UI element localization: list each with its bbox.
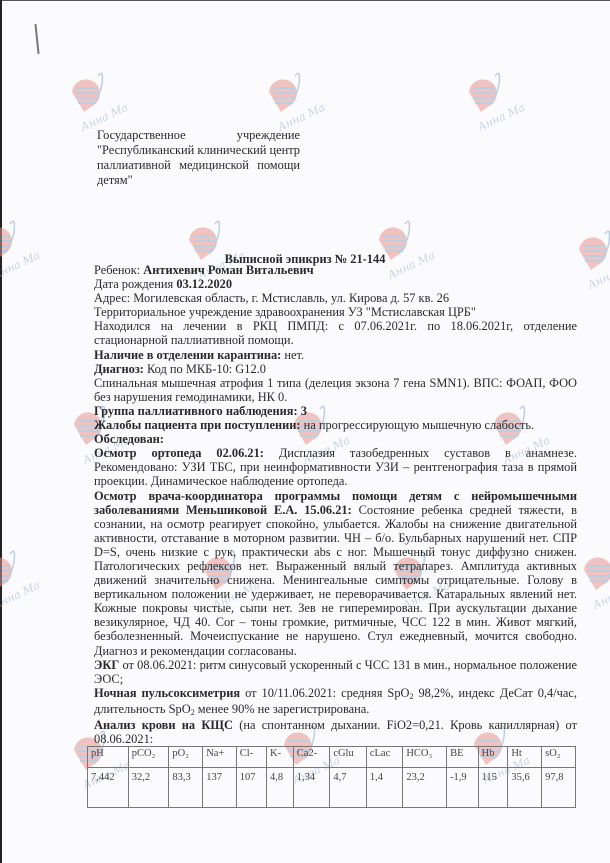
table-header-cell: cLac [366, 747, 403, 768]
blood-gas-line: Анализ крови на КЩС (на спонтанном дыхан… [94, 718, 577, 746]
table-cell: 97,8 [542, 768, 576, 808]
examined-heading: Обследован: [94, 432, 577, 446]
org-line1-left: Государственное [97, 128, 186, 143]
table-cell: 107 [236, 768, 266, 808]
table-header-cell: K- [267, 747, 294, 768]
subscript: 2 [191, 708, 195, 717]
table-header-cell: BE [447, 747, 478, 768]
territorial-line: Территориальное учреждение здравоохранен… [94, 305, 577, 319]
table-header-cell: pO₂ [169, 747, 203, 768]
table-header-cell: cGlu [330, 747, 367, 768]
table-header-cell: pH [88, 747, 129, 768]
svg-text:Анна Мария: Анна Мария [475, 92, 525, 132]
oximetry-text: менее 90% не зарегистрирована. [195, 702, 370, 716]
svg-text:Анна Мария: Анна Мария [275, 92, 325, 132]
ortho-exam: Осмотр ортопеда 02.06.21: Дисплазия тазо… [94, 446, 577, 488]
diagnosis-code: Код по МКБ-10: G12.0 [144, 362, 266, 376]
table-header-cell: sO₂ [542, 747, 576, 768]
quarantine-line: Наличие в отделении карантина: нет. [94, 348, 577, 362]
table-header-cell: Na+ [203, 747, 237, 768]
palliative-group: Группа паллиативного наблюдения: 3 [94, 404, 577, 418]
dob-value: 03.12.2020 [176, 277, 232, 291]
blood-gas-label: Анализ крови на КЩС [94, 718, 233, 732]
document-body: Ребенок: Антихевич Роман Витальевич Дата… [94, 263, 577, 746]
watermark-logo: Анна Мария [0, 210, 40, 280]
ortho-label: Осмотр ортопеда 02.06.21: [94, 446, 264, 460]
oximetry-label: Ночная пульсоксиметрия [94, 686, 240, 700]
table-header-cell: Ca2- [293, 747, 330, 768]
table-header-cell: pCO₂ [128, 747, 169, 768]
table-cell: 1,34 [293, 768, 330, 808]
stay-line: Находился на лечении в РКЦ ПМПД: с 07.06… [94, 319, 577, 347]
table-header-row: pH pCO₂ pO₂ Na+ Cl- K- Ca2- cGlu cLac HC… [88, 747, 576, 768]
table-cell: 1,4 [366, 768, 403, 808]
table-cell: 32,2 [128, 768, 169, 808]
blood-gas-table: pH pCO₂ pO₂ Na+ Cl- K- Ca2- cGlu cLac HC… [87, 746, 576, 808]
svg-text:Анна Мария: Анна Мария [78, 92, 128, 132]
diagnosis-label: Диагноз: [94, 362, 144, 376]
table-cell: -1,9 [447, 768, 478, 808]
complaints-label: Жалобы пациента при поступлении: [94, 418, 301, 432]
complaints-line: Жалобы пациента при поступлении: на прог… [94, 418, 577, 432]
diagnosis-text: Спинальная мышечная атрофия 1 типа (деле… [94, 376, 577, 404]
table-header-cell: Ht [508, 747, 542, 768]
child-line: Ребенок: Антихевич Роман Витальевич [94, 263, 577, 277]
table-cell: 23,2 [403, 768, 447, 808]
quarantine-label: Наличие в отделении карантина: [94, 348, 281, 362]
table-cell: 83,3 [169, 768, 203, 808]
subscript: 2 [409, 692, 413, 701]
table-header-cell: Hb [478, 747, 508, 768]
table-cell: 137 [203, 768, 237, 808]
coordinator-exam: Осмотр врача-координатора программы помо… [94, 489, 577, 658]
table-cell: 7,442 [88, 768, 129, 808]
svg-text:Анна Мария: Анна Мария [590, 570, 610, 610]
ecg-text: от 08.06.2021: ритм синусовый ускоренный… [94, 658, 577, 686]
child-name: Антихевич Роман Витальевич [143, 263, 313, 277]
scan-top-edge [0, 0, 610, 1]
scan-left-edge [0, 0, 2, 863]
pen-mark [34, 24, 39, 54]
child-label: Ребенок: [94, 263, 140, 277]
table-cell: 35,6 [508, 768, 542, 808]
oximetry-line: Ночная пульсоксиметрия от 10/11.06.2021:… [94, 686, 577, 718]
dob-label: Дата рождения [94, 277, 173, 291]
table-row: 7,442 32,2 83,3 137 107 4,8 1,34 4,7 1,4… [88, 768, 576, 808]
table-header-cell: Cl- [236, 747, 266, 768]
ecg-label: ЭКГ [94, 658, 119, 672]
oximetry-text: от 10/11.06.2021: средняя SpO [240, 686, 409, 700]
table-cell: 4,8 [267, 768, 294, 808]
dob-line: Дата рождения 03.12.2020 [94, 277, 577, 291]
table-cell: 4,7 [330, 768, 367, 808]
diagnosis-line: Диагноз: Код по МКБ-10: G12.0 [94, 362, 577, 376]
watermark-logo: Анна Мария [0, 540, 40, 610]
watermark-logo: Анна Мария [455, 62, 525, 132]
quarantine-value: нет. [281, 348, 304, 362]
watermark-logo: Анна Мария [255, 62, 325, 132]
svg-text:Анна Мария: Анна Мария [0, 570, 40, 610]
table-header-cell: HCO₃ [403, 747, 447, 768]
table-cell: 115 [478, 768, 508, 808]
org-line1-right: учреждение [237, 128, 300, 143]
address-line: Адрес: Могилевская область, г. Мстиславл… [94, 291, 577, 305]
coordinator-text: Состояние ребенка средней тяжести, в соз… [94, 503, 577, 658]
organization-header: Государственное учреждение "Республиканс… [97, 128, 300, 188]
complaints-value: на прогрессирующую мышечную слабость. [301, 418, 535, 432]
org-name: "Республиканский клинический центр палли… [97, 143, 300, 188]
ecg-line: ЭКГ от 08.06.2021: ритм синусовый ускоре… [94, 658, 577, 686]
watermark-logo: Анна Мария [58, 62, 128, 132]
